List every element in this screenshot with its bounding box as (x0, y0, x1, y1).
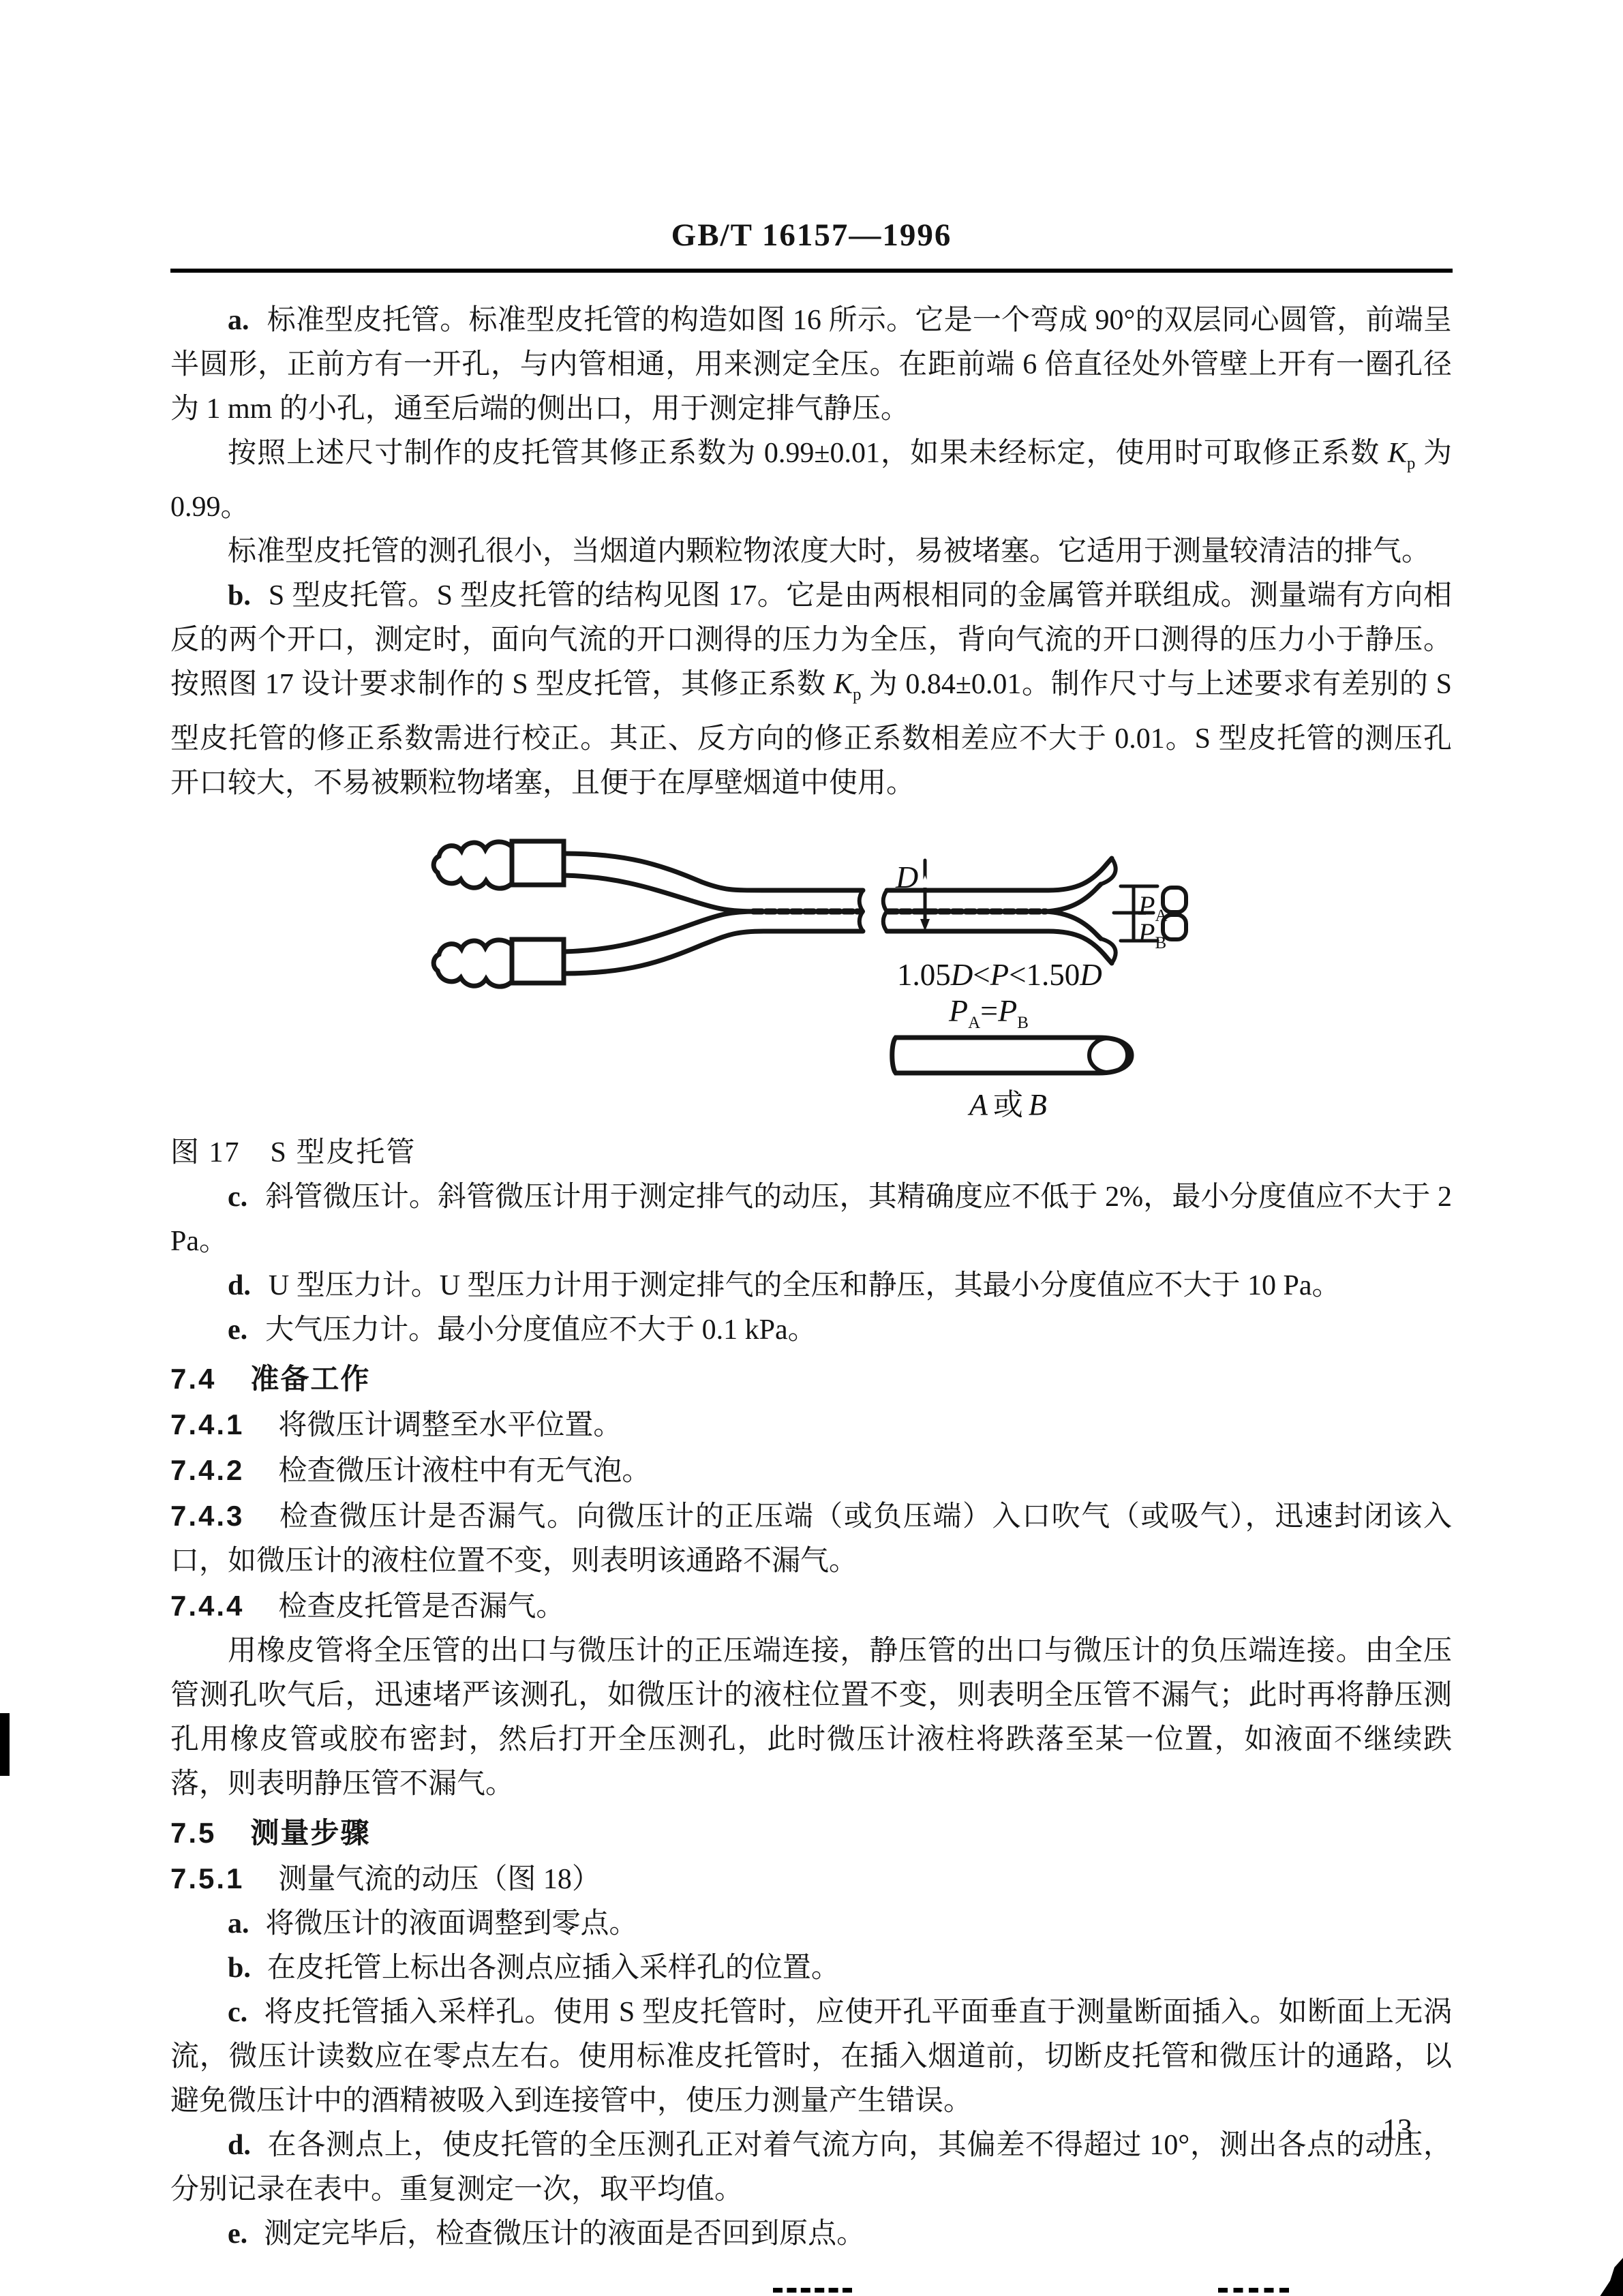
symbol-K-sub: p (1407, 454, 1416, 472)
dimension-label-D: D (896, 855, 918, 899)
paragraph-text: 大气压力计。最小分度值应不大于 0.1 kPa。 (265, 1314, 817, 1346)
paragraph-text: 检查微压计是否漏气。向微压计的正压端（或负压端）入口吹气（或吸气），迅速封闭该入… (170, 1501, 1452, 1577)
item-u-tube-manometer: d.U 型压力计。U 型压力计用于测定排气的全压和静压，其最小分度值应不大于 1… (170, 1264, 1452, 1308)
paragraph-text: 将微压计调整至水平位置。 (278, 1410, 622, 1441)
section-number: 7.4.3 (170, 1500, 244, 1532)
hose-collar-bottom (512, 939, 564, 983)
section-7-4-2: 7.4.2检查微压计液柱中有无气泡。 (170, 1448, 1452, 1494)
paragraph-text: U 型压力计。U 型压力计用于测定排气的全压和静压，其最小分度值应不大于 10 … (269, 1270, 1341, 1301)
paragraph-text: 检查微压计液柱中有无气泡。 (278, 1455, 650, 1487)
paragraph-small-hole: 标准型皮托管的测孔很小，当烟道内颗粒物浓度大时，易被堵塞。它适用于测量较清洁的排… (170, 530, 1452, 574)
section-7-5-1: 7.5.1测量气流的动压（图 18） (170, 1856, 1452, 1902)
arrowhead-icon (920, 875, 930, 888)
scan-artifact-corner (1594, 2258, 1623, 2296)
scan-artifact-bottom-dash (773, 2288, 852, 2293)
page-title: GB/T 16157—1996 (0, 0, 1623, 254)
paragraph-text: 在各测点上，使皮托管的全压测孔正对着气流方向，其偏差不得超过 10°，测出各点的… (170, 2130, 1452, 2205)
pitot-tube-drawing (409, 821, 1268, 1131)
hose-corrugation-bottom (434, 940, 512, 986)
paragraph-text: 测定完毕后，检查微压计的液面是否回到原点。 (264, 2218, 865, 2250)
symbol-K-sub: p (853, 686, 862, 704)
step-a: a.将微压计的液面调整到零点。 (170, 1902, 1452, 1946)
paragraph-correction-factor: 按照上述尺寸制作的皮托管其修正系数为 0.99±0.01，如果未经标定，使用时可… (170, 432, 1452, 530)
step-label: e. (228, 2218, 247, 2250)
paragraph-text: 将微压计的液面调整到零点。 (266, 1908, 638, 1939)
scanned-standard-page: GB/T 16157—1996 a.标准型皮托管。标准型皮托管的构造如图 16 … (0, 0, 1623, 2296)
hose-collar-top (512, 841, 564, 885)
figure-17-s-type-pitot-diagram: D 1.05D<P<1.50D PA=PB PA PB A或B (409, 821, 1268, 1131)
step-d: d.在各测点上，使皮托管的全压测孔正对着气流方向，其偏差不得超过 10°，测出各… (170, 2124, 1452, 2212)
paragraph-standard-pitot: a.标准型皮托管。标准型皮托管的构造如图 16 所示。它是一个弯成 90°的双层… (170, 299, 1452, 432)
paragraph-text: 检查皮托管是否漏气。 (278, 1591, 564, 1622)
section-number: 7.5 (170, 1817, 216, 1849)
step-c: c.将皮托管插入采样孔。使用 S 型皮托管时，应使开孔平面垂直于测量断面插入。如… (170, 1991, 1452, 2124)
step-label: d. (228, 2130, 251, 2161)
item-label-b: b. (228, 580, 251, 611)
section-7-4-1: 7.4.1将微压计调整至水平位置。 (170, 1402, 1452, 1448)
item-label-c: c. (228, 1181, 247, 1213)
paragraph-leak-check: 用橡皮管将全压管的出口与微压计的正压端连接，静压管的出口与微压计的负压端连接。由… (170, 1629, 1452, 1807)
section-7-4-heading: 7.4准备工作 (170, 1357, 1452, 1402)
hose-corrugation-top (434, 842, 512, 888)
scan-artifact-left-bar (0, 1713, 10, 1776)
bracket-label-pb: PB (1138, 911, 1166, 965)
item-label-e: e. (228, 1314, 247, 1346)
scan-artifact-bottom-dash (1218, 2288, 1289, 2293)
step-e: e.测定完毕后，检查微压计的液面是否回到原点。 (170, 2212, 1452, 2256)
paragraph-text: 斜管微压计。斜管微压计用于测定排气的动压，其精确度应不低于 2%，最小分度值应不… (170, 1181, 1452, 1257)
step-label: c. (228, 1997, 247, 2028)
item-barometer: e.大气压力计。最小分度值应不大于 0.1 kPa。 (170, 1308, 1452, 1353)
section-7-4-3: 7.4.3检查微压计是否漏气。向微压计的正压端（或负压端）入口吹气（或吸气），迅… (170, 1494, 1452, 1584)
step-label: a. (228, 1908, 249, 1939)
paragraph-text: 在皮托管上标出各测点应插入采样孔的位置。 (267, 1952, 840, 1984)
section-7-4-4: 7.4.4检查皮托管是否漏气。 (170, 1584, 1452, 1629)
paragraph-text: 用橡皮管将全压管的出口与微压计的正压端连接，静压管的出口与微压计的负压端连接。由… (170, 1635, 1452, 1800)
section-number: 7.5.1 (170, 1862, 244, 1894)
item-label-d: d. (228, 1270, 251, 1301)
pressure-equality-formula: PA=PB (949, 988, 1029, 1045)
symbol-K: K (1388, 438, 1407, 469)
section-number: 7.4.4 (170, 1590, 244, 1622)
item-label-a: a. (228, 305, 249, 336)
step-label: b. (228, 1952, 251, 1984)
paragraph-text: 标准型皮托管。标准型皮托管的构造如图 16 所示。它是一个弯成 90°的双层同心… (170, 305, 1452, 425)
paragraph-text: 标准型皮托管的测孔很小，当烟道内颗粒物浓度大时，易被堵塞。它适用于测量较清洁的排… (228, 536, 1430, 567)
paragraph-text: 测量气流的动压（图 18） (278, 1864, 601, 1895)
paragraph-s-type-pitot: b.S 型皮托管。S 型皮托管的结构见图 17。它是由两根相同的金属管并联组成。… (170, 574, 1452, 805)
page-content: a.标准型皮托管。标准型皮托管的构造如图 16 所示。它是一个弯成 90°的双层… (170, 299, 1452, 2256)
page-number: 13 (1382, 2112, 1412, 2147)
item-inclined-micromanometer: c.斜管微压计。斜管微压计用于测定排气的动压，其精确度应不低于 2%，最小分度值… (170, 1175, 1452, 1264)
section-title: 测量步骤 (250, 1817, 370, 1849)
step-b: b.在皮托管上标出各测点应插入采样孔的位置。 (170, 1946, 1452, 1991)
section-number: 7.4.2 (170, 1454, 244, 1486)
section-number: 7.4 (170, 1363, 216, 1395)
section-number: 7.4.1 (170, 1408, 244, 1440)
paragraph-text: 按照上述尺寸制作的皮托管其修正系数为 0.99±0.01，如果未经标定，使用时可… (228, 438, 1388, 469)
section-7-5-heading: 7.5测量步骤 (170, 1811, 1452, 1856)
tube-leg-label: A或B (969, 1083, 1052, 1127)
header-rule (170, 269, 1453, 273)
section-title: 准备工作 (250, 1363, 370, 1395)
figure-caption: 图 17 S 型皮托管 (170, 1131, 1452, 1175)
symbol-K: K (834, 669, 853, 700)
paragraph-text: 将皮托管插入采样孔。使用 S 型皮托管时，应使开孔平面垂直于测量断面插入。如断面… (170, 1997, 1452, 2117)
